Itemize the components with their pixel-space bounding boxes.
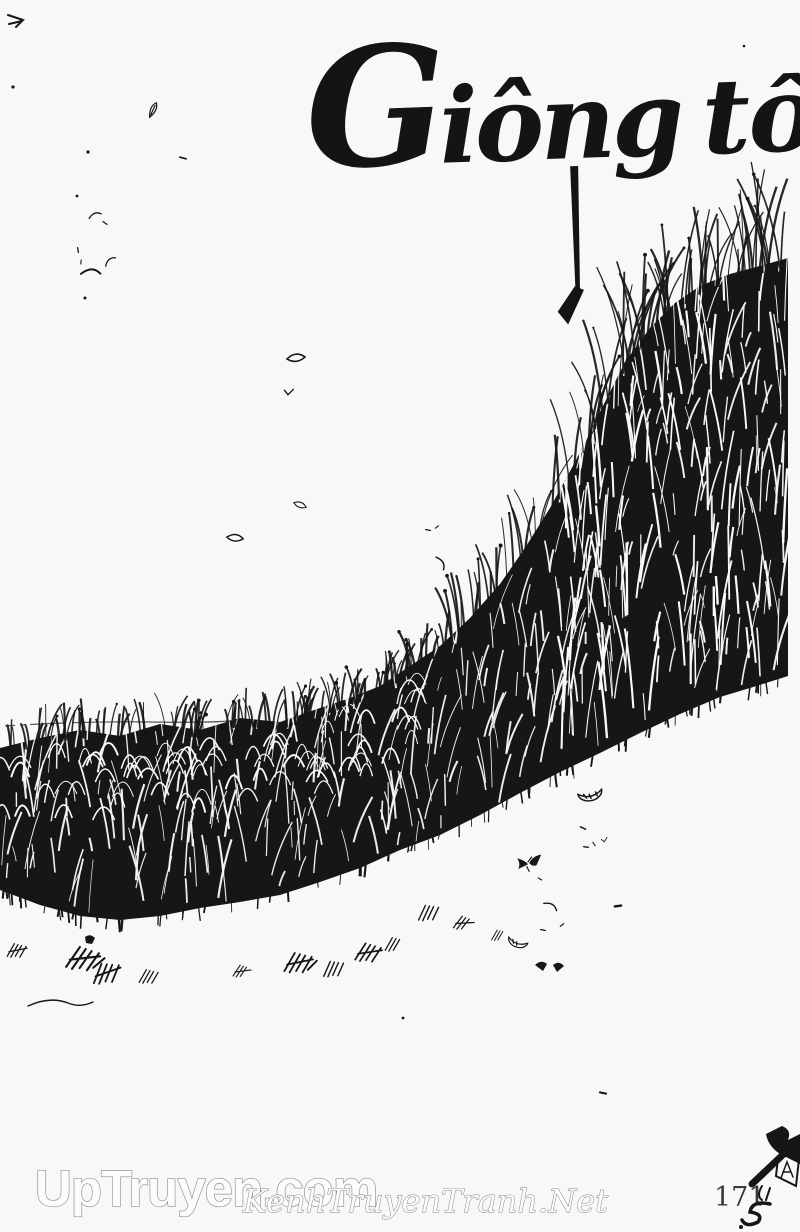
doodle-dot (739, 1225, 743, 1229)
falling-leaf (580, 827, 585, 829)
falling-leaf (584, 847, 589, 848)
corner-doodle (739, 1126, 800, 1229)
tuft (492, 930, 503, 941)
tuft (385, 938, 399, 952)
tuft-blob (85, 935, 95, 944)
falling-leaf (560, 924, 563, 927)
falling-leaf (436, 555, 445, 570)
falling-leaf (601, 837, 608, 842)
falling-leaf (88, 212, 101, 218)
falling-leaf (78, 248, 79, 253)
tuft (284, 953, 317, 973)
falling-leaf (578, 789, 604, 803)
falling-leaf (103, 222, 107, 225)
watermark-bar: UpTruyen.com KenhTruyenTranh.Net (35, 1160, 608, 1220)
tuft (453, 915, 474, 931)
falling-leaf (293, 499, 307, 511)
page-number: 171 (714, 1182, 766, 1213)
page-title: Giôngtố (302, 0, 800, 206)
speck (76, 195, 79, 198)
tuft (233, 965, 251, 978)
tuft (417, 904, 439, 921)
falling-leaf (593, 842, 595, 845)
corner-check-mark (8, 15, 23, 27)
ground-curve (28, 1000, 93, 1006)
title-rest: iông (437, 56, 684, 187)
falling-leaf (284, 389, 293, 394)
speck (84, 297, 87, 300)
falling-leaf (538, 878, 541, 880)
grass-mass (0, 258, 788, 920)
fallen-petals (535, 962, 564, 972)
watermark-kenhtruyentranh: KenhTruyenTranh.Net (242, 1182, 608, 1220)
moth (517, 855, 541, 872)
tuft (7, 944, 27, 958)
tuft (139, 970, 158, 984)
title-word2: tố (700, 51, 800, 178)
falling-leaf (541, 930, 546, 931)
doodle-a-mark (781, 1162, 793, 1178)
falling-leaf (435, 526, 438, 528)
title-initial: G (302, 8, 450, 207)
speck (11, 85, 14, 88)
falling-leaf (615, 906, 621, 907)
speck (86, 150, 89, 153)
falling-leaf (600, 1092, 606, 1093)
tuft (355, 943, 382, 962)
falling-leaf (507, 937, 528, 950)
falling-leaf (147, 102, 158, 119)
speck (402, 1017, 405, 1020)
falling-leaf (103, 256, 116, 266)
falling-leaf (287, 353, 306, 363)
title-tail-stroke (570, 166, 582, 291)
falling-leaf (226, 532, 243, 544)
falling-leaf (544, 900, 558, 913)
falling-leaf (426, 530, 431, 531)
doodle-branch (752, 1148, 790, 1184)
falling-leaf (81, 267, 101, 277)
page-canvas: Giôngtố (0, 0, 800, 1232)
title-tail-foot (557, 286, 585, 325)
speck (743, 45, 746, 48)
manga-page: Giôngtố (0, 0, 800, 1232)
grass-illustration (0, 162, 799, 932)
tuft (322, 960, 344, 977)
falling-leaf (180, 157, 186, 159)
